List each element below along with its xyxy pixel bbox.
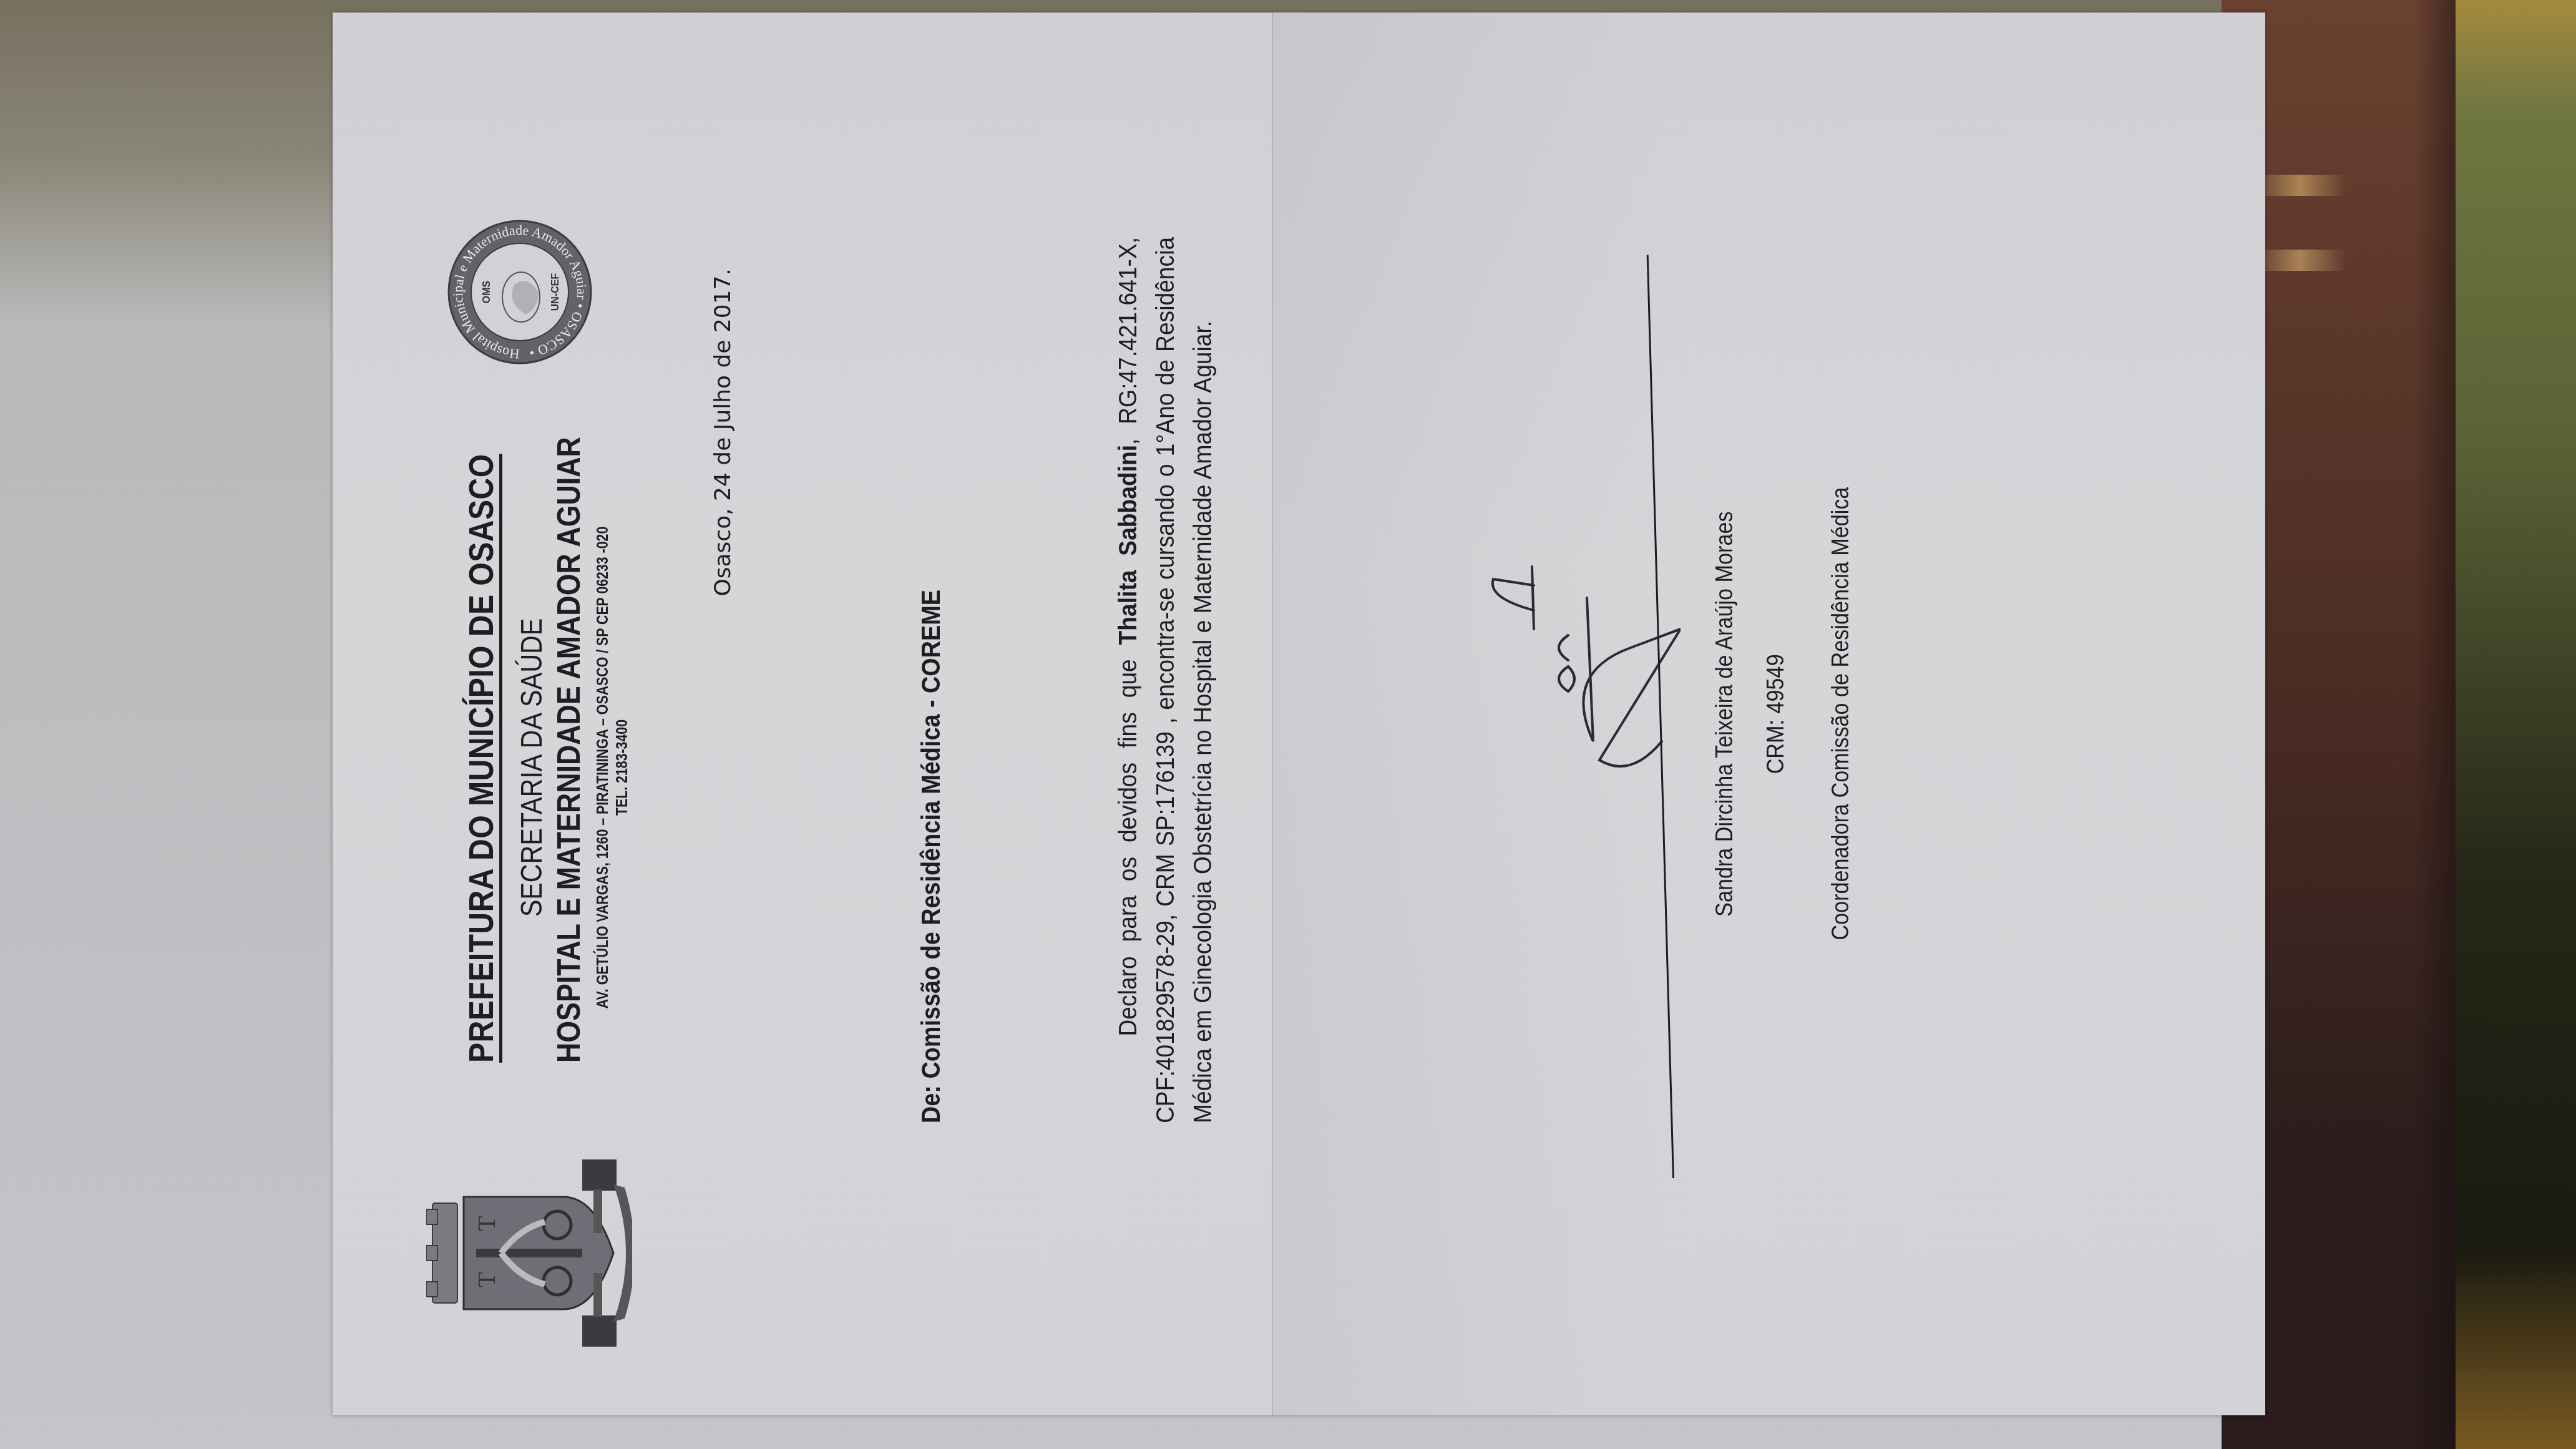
letterhead-hospital: HOSPITAL E MATERNIDADE AMADOR AGUIAR: [550, 472, 588, 1063]
letterhead-phone: TEL. 2183-3400: [612, 486, 632, 1049]
letterhead-address: AV. GETÚLIO VARGAS, 1260 – PIRATININGA –…: [593, 486, 612, 1049]
signatory-crm: CRM: 49549: [1763, 12, 1790, 1415]
body-line-1: Declaro para os devidos fins que Thalita…: [1110, 237, 1147, 1123]
light-reflection: [2253, 175, 2346, 196]
coat-of-arms-icon: T T: [426, 1159, 632, 1347]
green-fabric: [2456, 0, 2576, 1449]
letterhead: PREFEITURA DO MUNICÍPIO DE OSASCO SECRET…: [461, 424, 632, 1111]
document-sender: De: Comissão de Residência Médica - CORE…: [916, 590, 946, 1123]
document-date: Osasco, 24 de Julho de 2017.: [710, 268, 736, 597]
body-line-2: CPF:401829578-29, CRM SP:176139 , encont…: [1147, 237, 1184, 1123]
signatory-name: Sandra Dircinha Teixeira de Araújo Morae…: [1712, 12, 1739, 1415]
document-body: Declaro para os devidos fins que Thalita…: [1110, 237, 1222, 1123]
body-text: Declaro para os devidos fins que: [1115, 645, 1142, 1036]
document-page: T T PREFEITURA DO MUNICÍPIO DE OSASCO SE…: [333, 12, 2265, 1415]
resident-name: Thalita Sabbadini: [1115, 445, 1142, 645]
handwritten-signature-icon: [1475, 548, 1681, 835]
body-line-3: Médica em Ginecologia Obstetrícia no Hos…: [1184, 237, 1222, 1123]
svg-text:T: T: [472, 1272, 500, 1287]
light-reflection: [2253, 250, 2346, 271]
letterhead-secretariat: SECRETARIA DA SAÚDE: [515, 472, 549, 1063]
hospital-seal-icon: Hospital Municipal e Maternidade Amador …: [445, 217, 595, 367]
svg-text:T: T: [472, 1216, 500, 1231]
letterhead-municipality: PREFEITURA DO MUNICÍPIO DE OSASCO: [461, 472, 501, 1063]
signatory-role: Coordenadora Comissão de Residência Médi…: [1828, 12, 1855, 1415]
paper-fold-line: [1272, 12, 1273, 1415]
seal-inner-bottom: UN-CEF: [550, 273, 561, 311]
body-text: , RG:47.421.641-X,: [1115, 237, 1142, 445]
seal-inner-top: OMS: [482, 280, 492, 303]
